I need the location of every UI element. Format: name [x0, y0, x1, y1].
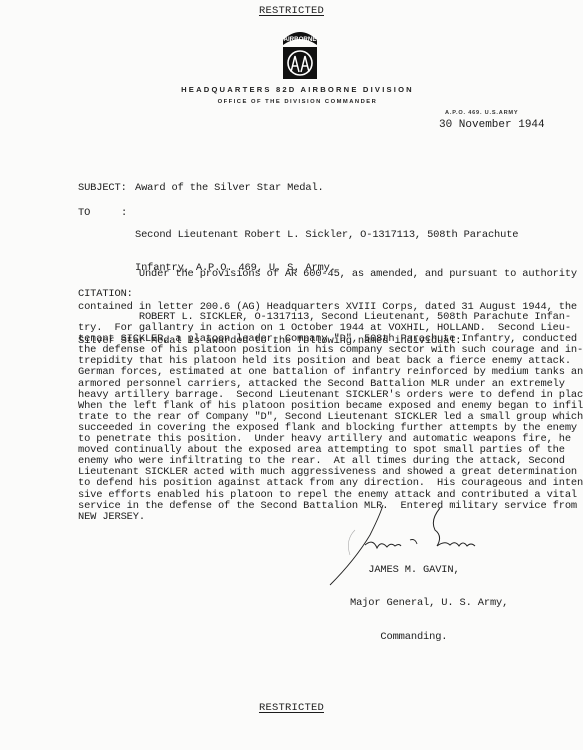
intro-line: Under the provisions of AR 600-45, as am…: [78, 269, 577, 280]
classification-marking: RESTRICTED: [259, 5, 324, 17]
to-label: TO: [78, 208, 90, 219]
classification-header: RESTRICTED: [0, 5, 583, 17]
letterhead-subtitle: OFFICE OF THE DIVISION COMMANDER: [0, 99, 583, 105]
document-page: RESTRICTED AIRBORNE HEADQUARTERS 82D AIR…: [0, 0, 583, 750]
citation-line: sive efforts enabled his platoon to repe…: [78, 490, 583, 501]
citation-line: armored personnel carriers, attacked the…: [78, 379, 583, 390]
subject-label: SUBJECT:: [78, 183, 127, 194]
citation-line: German forces, estimated at one battalio…: [78, 367, 583, 378]
classification-footer: RESTRICTED: [0, 702, 583, 714]
apo-address: A.P.O. 469. U.S.ARMY: [445, 110, 518, 116]
citation-line: to defend his position against attack fr…: [78, 478, 583, 489]
signer-name: JAMES M. GAVIN,: [350, 565, 508, 576]
citation-paragraph: ROBERT L. SICKLER, O-1317113, Second Lie…: [78, 312, 583, 523]
subject-text: Award of the Silver Star Medal.: [135, 183, 324, 194]
to-colon: :: [121, 208, 127, 219]
signature-block: JAMES M. GAVIN, Major General, U. S. Arm…: [350, 543, 508, 665]
signer-title: Commanding.: [350, 632, 508, 643]
citation-label: CITATION:: [78, 289, 133, 300]
letterhead-title: HEADQUARTERS 82D AIRBORNE DIVISION: [0, 85, 583, 94]
letter-date: 30 November 1944: [439, 119, 545, 131]
to-line: Second Lieutenant Robert L. Sickler, O-1…: [135, 230, 518, 241]
airborne-insignia-icon: AIRBORNE: [281, 26, 319, 80]
signer-rank: Major General, U. S. Army,: [350, 598, 508, 609]
svg-text:AIRBORNE: AIRBORNE: [283, 36, 316, 43]
classification-marking: RESTRICTED: [259, 702, 324, 714]
